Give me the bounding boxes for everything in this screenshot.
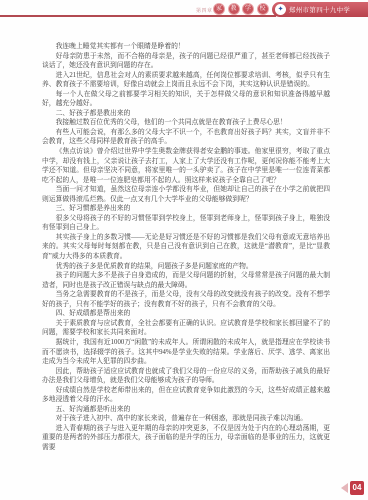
header-badge-icon: 校 [257,3,269,15]
paragraph: 好母亲防患于未然，而不合格的母亲是，孩子的问题已经很严重了，甚至老师都已经找孩子… [42,52,330,71]
document-page: 第四章 家 教 学 校 ✦ 郑州市第四十九中学 我连晚上睡觉其实都有一个眼睛是睁… [0,0,368,500]
paragraph: 进入21世纪，信息社会对人的素质要求越来越高，任何岗位都要求培训、考核，似乎只有… [42,71,330,90]
paragraph: 好成绩自然是学校老师带出来的，但在应试教育竞争如此激烈的今天，这些好成绩正越来越… [42,386,330,405]
article-body: 我连晚上睡觉其实都有一个眼睛是睁着的！好母亲防患于未然，而不合格的母亲是，孩子的… [42,42,330,453]
paragraph: 《焦点访谈》曾介绍过世界中学生奥数金牌获得者安金鹏的事迹。他家里很穷，考取了重点… [42,147,330,185]
section-heading: 五、好沟通都是听出来的 [42,405,330,415]
school-logo-icon: ✦ [275,4,286,15]
school-name: 郑州市第四十九中学 [289,5,350,14]
paragraph: 因此，帮助孩子适应应试教育也就成了我们父母的一份应尽的义务，而帮助孩子减负的最好… [42,367,330,386]
chapter-label: 第四章 [196,7,213,14]
page-number-area: 04 [341,481,364,495]
paragraph: 进入青春期的孩子与进入更年期的母亲的冲突更多，不仅是因为处于内在的心理动荡期，更… [42,424,330,453]
paragraph: 对于孩子进入初中、高中的家长来说，普遍存在一种困惑，那就是同孩子难以沟通。 [42,414,330,424]
paragraph: 当务之急需要教育的不是孩子，而是父母，没有父母的改变就没有孩子的改变。没有不想学… [42,290,330,309]
paragraph: 优秀的孩子多是优质教育的结果，问题孩子多是问题家庭的产物。 [42,262,330,272]
paragraph: 我连晚上睡觉其实都有一个眼睛是睁着的！ [42,42,330,52]
header-badge-icon: 教 [228,3,240,15]
paragraph: 每一个人在做父母之前都要学习相关的知识，关于怎样做父母的意识和知识准备得越早越好… [42,90,330,109]
header-rule [0,15,276,17]
section-heading: 三、好习惯都是养出来的 [42,204,330,214]
page-flag-icon [341,483,348,493]
paragraph: 据统计，我国有近1000万“闲散”的未成年人。所谓闲散的未成年人，就是指理应在学… [42,338,330,367]
section-heading: 四、好成绩都是帮出来的 [42,309,330,319]
section-heading: 二、好孩子都是教出来的 [42,109,330,119]
header-badge-icon: 家 [213,3,225,15]
page-header: 第四章 家 教 学 校 ✦ 郑州市第四十九中学 [0,0,368,22]
page-number-badge: 04 [350,481,364,495]
header-badges: 家 教 学 校 [213,3,269,15]
paragraph: 有些人可能会说，有那么多的父母大字不识一个，不也教育出好孩子吗？其实，文盲并非不… [42,128,330,147]
paragraph: 孩子的问题大多不是孩子自身造成的，而是父母问题的折射，父母常常是孩子问题的最大制… [42,271,330,290]
paragraph: 我接触过数百位优秀的父母，他们的一个共同点就是在教育孩子上费尽心思！ [42,118,330,128]
header-badge-icon: 学 [242,3,254,15]
paragraph: 很多父母将孩子的不好的习惯怪罪到学校身上，怪罪到老师身上，怪罪到孩子身上，唯独没… [42,214,330,233]
school-banner: ✦ 郑州市第四十九中学 [272,2,368,17]
paragraph: 其实孩子身上的多数习惯——无论是好习惯还是不好的习惯都是我们父母有意或无意培养出… [42,233,330,262]
paragraph: 关于素质教育与应试教育，全社会都要有正确的认识。应试教育是学校和家长都回避不了的… [42,319,330,338]
paragraph: 当面一问才知道，虽然这位母亲连小学都没有毕业，但她却让自己的孩子在小学之前就把四… [42,185,330,204]
